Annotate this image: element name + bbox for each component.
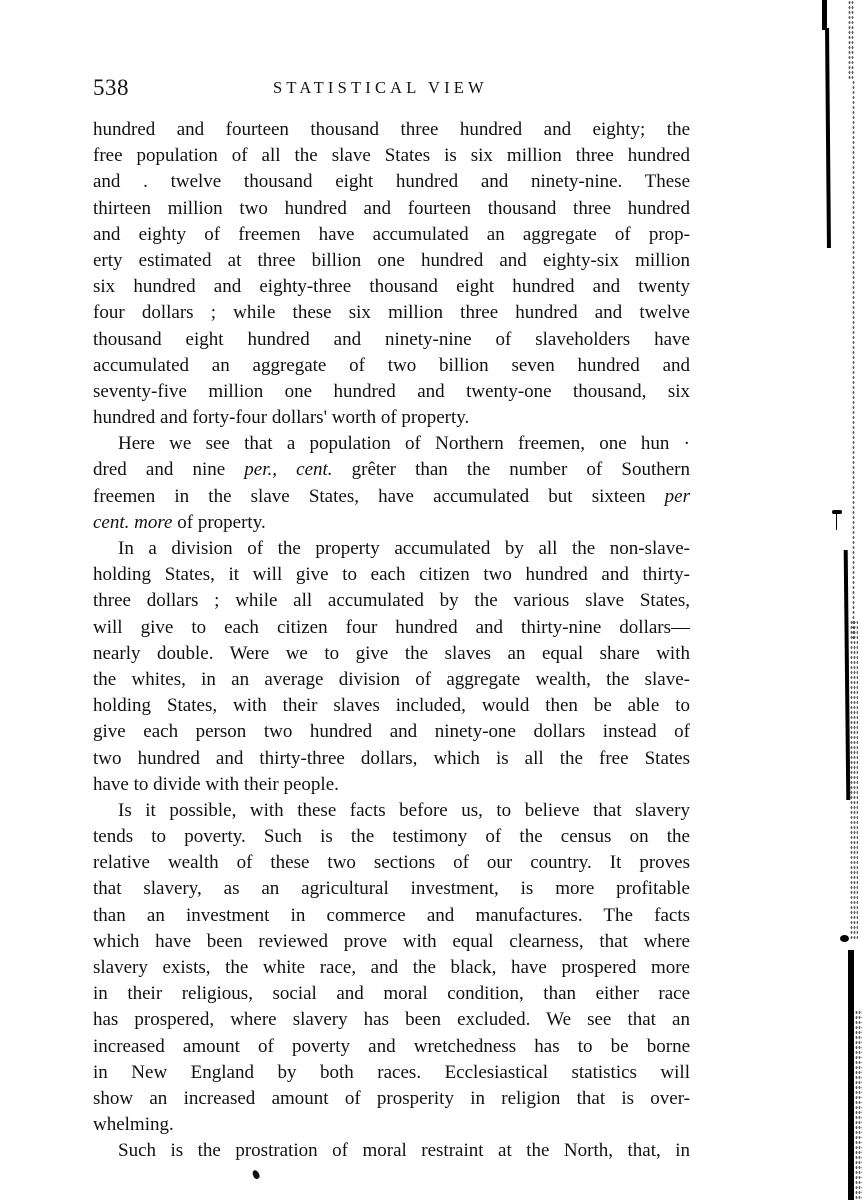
text-line: and . twelve thousand eight hundred and … <box>93 169 690 195</box>
binding-speckle <box>855 1010 862 1200</box>
book-page: 538 STATISTICAL VIEW hundred and fourtee… <box>0 0 867 1200</box>
text-line: that slavery, as an agricultural investm… <box>93 876 690 902</box>
text-line: four dollars ; while these six million t… <box>93 300 690 326</box>
text-line: thousand eight hundred and ninety-nine o… <box>93 327 690 353</box>
running-title: STATISTICAL VIEW <box>273 76 488 100</box>
text-line: in New England by both races. Ecclesiast… <box>93 1060 690 1086</box>
binding-edge-lower-hook <box>840 935 849 942</box>
text-line: will give to each citizen four hundred a… <box>93 615 690 641</box>
binding-edge-lower <box>848 950 854 1200</box>
text-line: nearly double. Were we to give the slave… <box>93 641 690 667</box>
binding-edge-hook <box>832 510 842 514</box>
text-line: have to divide with their people. <box>93 772 690 798</box>
text-line: holding States, it will give to each cit… <box>93 562 690 588</box>
text-line: and eighty of freemen have accumulated a… <box>93 222 690 248</box>
italic-run: per <box>665 486 690 507</box>
binding-speckle <box>852 80 855 640</box>
text-line: relative wealth of these two sections of… <box>93 850 690 876</box>
text-line: two hundred and thirty-three dollars, wh… <box>93 746 690 772</box>
text-line: hundred and forty-four dollars' worth of… <box>93 405 690 431</box>
text-line: the whites, in an average division of ag… <box>93 667 690 693</box>
text-line: whelming. <box>93 1112 690 1138</box>
text-run: freemen in the slave States, have accumu… <box>93 486 665 507</box>
text-line: which have been reviewed prove with equa… <box>93 929 690 955</box>
paragraph-start-line: Here we see that a population of Norther… <box>93 431 690 457</box>
paragraph-start-line: In a division of the property accumulate… <box>93 536 690 562</box>
text-line: thirteen million two hundred and fourtee… <box>93 196 690 222</box>
text-line-with-italics: freemen in the slave States, have accumu… <box>93 484 690 510</box>
paragraph-start-line: Is it possible, with these facts before … <box>93 798 690 824</box>
binding-speckle <box>848 0 854 80</box>
text-line: accumulated an aggregate of two billion … <box>93 353 690 379</box>
text-line-with-italics: dred and nine per., cent. grêter than th… <box>93 457 690 483</box>
text-line: seventy-five million one hundred and twe… <box>93 379 690 405</box>
text-line: hundred and fourteen thousand three hund… <box>93 117 690 143</box>
italic-run: cent. <box>296 459 332 480</box>
binding-edge-top-stub <box>822 0 827 30</box>
text-run: grêter than the number of Southern <box>333 459 690 480</box>
text-line: increased amount of poverty and wretched… <box>93 1034 690 1060</box>
text-run: dred and nine <box>93 459 244 480</box>
italic-run: cent. more <box>93 512 173 533</box>
text-line: tends to poverty. Such is the testimony … <box>93 824 690 850</box>
text-line: six hundred and eighty-three thousand ei… <box>93 274 690 300</box>
text-line: than an investment in commerce and manuf… <box>93 903 690 929</box>
binding-speckle <box>850 620 858 940</box>
text-line: holding States, with their slaves includ… <box>93 693 690 719</box>
binding-edge-upper <box>825 28 831 248</box>
text-line: in their religious, social and moral con… <box>93 981 690 1007</box>
running-head: 538 STATISTICAL VIEW <box>93 74 690 102</box>
text-run: of property. <box>173 512 266 533</box>
text-line: erty estimated at three billion one hund… <box>93 248 690 274</box>
text-line: has prospered, where slavery has been ex… <box>93 1007 690 1033</box>
text-line: three dollars ; while all accumulated by… <box>93 588 690 614</box>
text-line: slavery exists, the white race, and the … <box>93 955 690 981</box>
binding-edge-thin <box>836 510 837 530</box>
ink-blot <box>251 1169 260 1180</box>
body-text: hundred and fourteen thousand three hund… <box>93 117 690 1165</box>
text-line: free population of all the slave States … <box>93 143 690 169</box>
text-line-with-italics: cent. more of property. <box>93 510 690 536</box>
paragraph-start-line: Such is the prostration of moral restrai… <box>93 1138 690 1164</box>
page-number: 538 <box>93 74 129 102</box>
text-line: give each person two hundred and ninety-… <box>93 719 690 745</box>
text-line: show an increased amount of prosperity i… <box>93 1086 690 1112</box>
italic-run: per., <box>244 459 277 480</box>
